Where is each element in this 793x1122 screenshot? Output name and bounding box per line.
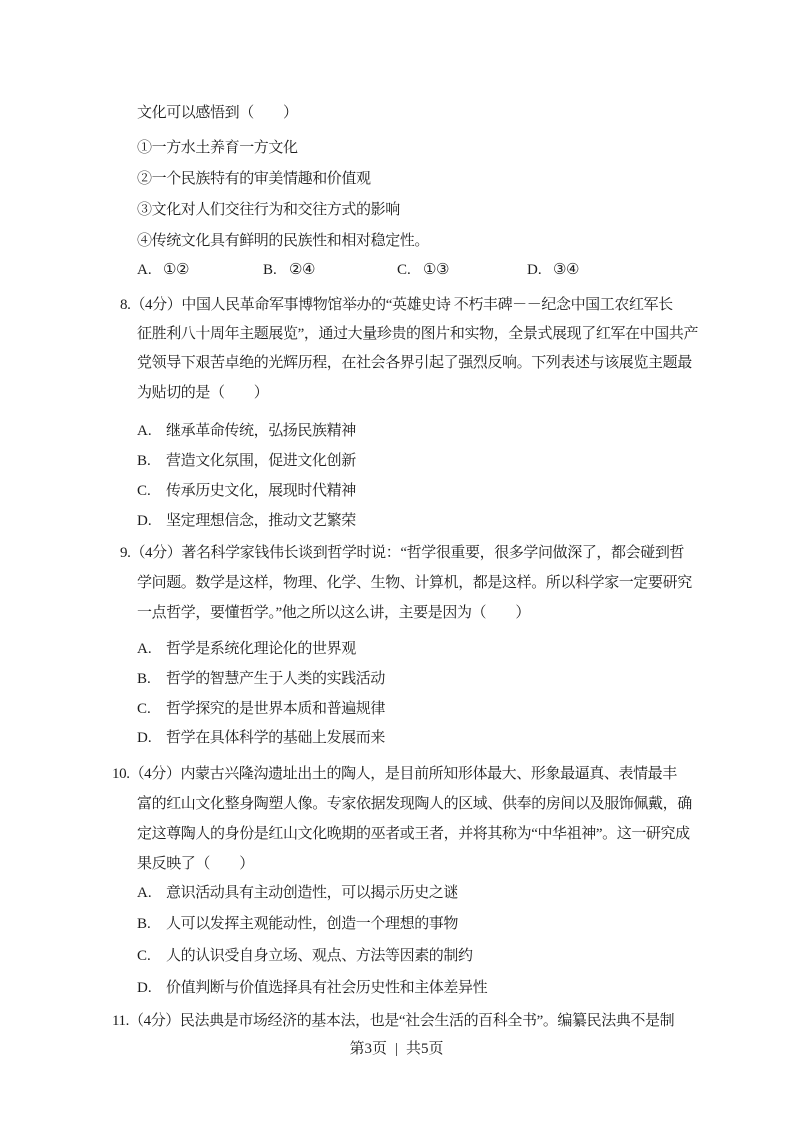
- q7-option-a-text: ①②: [163, 262, 189, 278]
- q8-stem-line-2: 征胜利八十周年主题展览”，通过大量珍贵的图片和实物，全景式展现了红军在中国共产: [137, 325, 698, 344]
- q7-option-d-label: D.: [527, 261, 553, 280]
- q8-option-a-label: A.: [137, 422, 166, 441]
- q7-option-a-label: A.: [137, 261, 163, 280]
- q9-stem-line-1: 9.（4分）著名科学家钱伟长谈到哲学时说：“哲学很重要，很多学问做深了，都会碰到…: [120, 544, 684, 563]
- q10-stem-line-1: 10.（4分）内蒙古兴隆沟遗址出土的陶人，是目前所知形体最大、形象最逼真、表情最…: [112, 765, 677, 784]
- q8-stem-line-4: 为贴切的是（ ）: [137, 384, 268, 403]
- q8-option-d-label: D.: [137, 512, 166, 531]
- q10-option-d-text: 价值判断与价值选择具有社会历史性和主体差异性: [166, 980, 487, 996]
- q7-option-c-label: C.: [397, 261, 423, 280]
- q10-option-b: B.人可以发挥主观能动性，创造一个理想的事物: [137, 915, 458, 934]
- q8-option-c: C.传承历史文化，展现时代精神: [137, 482, 356, 501]
- footer-page-number: 第3页: [345, 1041, 391, 1057]
- q7-item-3: ③文化对人们交往行为和交往方式的影响: [137, 201, 400, 220]
- q10-stem-text-1: 内蒙古兴隆沟遗址出土的陶人，是目前所知形体最大、形象最逼真、表情最丰: [180, 766, 676, 782]
- q11-stem-line-1: 11.（4分）民法典是市场经济的基本法，也是“社会生活的百科全书”。编纂民法典不…: [112, 1012, 674, 1031]
- q8-option-d-text: 坚定理想信念，推动文艺繁荣: [166, 513, 356, 529]
- q7-stem-tail: 文化可以感悟到（ ）: [137, 104, 298, 123]
- q11-number: 11.: [112, 1013, 129, 1029]
- q11-score: （4分）: [129, 1013, 180, 1029]
- q9-stem-text-1: 著名科学家钱伟长谈到哲学时说：“哲学很重要，很多学问做深了，都会碰到哲: [181, 545, 684, 561]
- q8-stem-line-3: 党领导下艰苦卓绝的光辉历程，在社会各界引起了强烈反响。下列表述与该展览主题最: [137, 354, 692, 373]
- q7-option-b-text: ②④: [289, 262, 315, 278]
- q8-option-b-label: B.: [137, 452, 166, 471]
- q10-option-c: C.人的认识受自身立场、观点、方法等因素的制约: [137, 947, 473, 966]
- page-footer: 第3页|共5页: [0, 1040, 793, 1059]
- q7-item-1: ①一方水土养育一方文化: [137, 139, 298, 158]
- q8-number: 8.: [120, 297, 130, 313]
- q9-option-a: A.哲学是系统化理论化的世界观: [137, 640, 356, 659]
- q8-option-c-label: C.: [137, 482, 166, 501]
- q10-option-b-text: 人可以发挥主观能动性，创造一个理想的事物: [166, 916, 458, 932]
- q10-option-c-text: 人的认识受自身立场、观点、方法等因素的制约: [166, 948, 473, 964]
- q10-stem-line-2: 富的红山文化整身陶塑人像。专家依据发现陶人的区域、供奉的房间以及服饰佩戴，确: [137, 795, 692, 814]
- q9-option-d: D.哲学在具体科学的基础上发展而来: [137, 729, 385, 748]
- q9-option-d-label: D.: [137, 729, 166, 748]
- q8-option-d: D.坚定理想信念，推动文艺繁荣: [137, 512, 356, 531]
- q7-item-2: ②一个民族特有的审美情趣和价值观: [137, 170, 371, 189]
- q10-stem-line-3: 定这尊陶人的身份是红山文化晚期的巫者或王者，并将其称为“中华祖神”。这一研究成: [137, 825, 690, 844]
- q8-option-a-text: 继承革命传统，弘扬民族精神: [166, 423, 356, 439]
- q8-stem-line-1: 8.（4分）中国人民革命军事博物馆举办的“英雄史诗 不朽丰碑－－纪念中国工农红军…: [120, 296, 673, 315]
- q10-option-a: A.意识活动具有主动创造性，可以揭示历史之谜: [137, 884, 458, 903]
- q9-option-c: C.哲学探究的是世界本质和普遍规律: [137, 700, 385, 719]
- q10-option-a-text: 意识活动具有主动创造性，可以揭示历史之谜: [166, 885, 458, 901]
- q9-stem-line-2: 学问题。数学是这样，物理、化学、生物、计算机，都是这样。所以科学家一定要研究: [137, 574, 692, 593]
- q10-option-d: D.价值判断与价值选择具有社会历史性和主体差异性: [137, 979, 487, 998]
- footer-separator: |: [391, 1041, 402, 1057]
- q10-option-a-label: A.: [137, 884, 166, 903]
- q8-score: （4分）: [130, 297, 181, 313]
- q10-option-b-label: B.: [137, 915, 166, 934]
- q8-stem-text-1: 中国人民革命军事博物馆举办的“英雄史诗 不朽丰碑－－纪念中国工农红军长: [181, 297, 672, 313]
- q10-stem-line-4: 果反映了（ ）: [137, 855, 254, 874]
- q7-option-d-text: ③④: [553, 262, 579, 278]
- q8-option-b-text: 营造文化氛围，促进文化创新: [166, 453, 356, 469]
- q9-score: （4分）: [130, 545, 181, 561]
- q7-option-b: B.②④: [263, 261, 315, 280]
- q9-option-b-label: B.: [137, 670, 166, 689]
- q9-option-c-label: C.: [137, 700, 166, 719]
- q10-score: （4分）: [130, 766, 181, 782]
- q9-number: 9.: [120, 545, 130, 561]
- q9-option-b-text: 哲学的智慧产生于人类的实践活动: [166, 671, 385, 687]
- q9-option-c-text: 哲学探究的是世界本质和普遍规律: [166, 701, 385, 717]
- q11-stem-text-1: 民法典是市场经济的基本法，也是“社会生活的百科全书”。编纂民法典不是制: [180, 1013, 674, 1029]
- q7-option-c-text: ①③: [423, 262, 449, 278]
- q7-item-4: ④传统文化具有鲜明的民族性和相对稳定性。: [137, 232, 429, 251]
- q7-option-d: D.③④: [527, 261, 579, 280]
- q9-option-d-text: 哲学在具体科学的基础上发展而来: [166, 730, 385, 746]
- q10-option-c-label: C.: [137, 947, 166, 966]
- q10-option-d-label: D.: [137, 979, 166, 998]
- q8-option-c-text: 传承历史文化，展现时代精神: [166, 483, 356, 499]
- q8-option-b: B.营造文化氛围，促进文化创新: [137, 452, 356, 471]
- q7-options-row: A.①② B.②④ C.①③ D.③④: [0, 261, 793, 281]
- document-page: 文化可以感悟到（ ） ①一方水土养育一方文化 ②一个民族特有的审美情趣和价值观 …: [0, 0, 793, 1122]
- q9-option-a-label: A.: [137, 640, 166, 659]
- q9-stem-line-3: 一点哲学，要懂哲学。”他之所以这么讲，主要是因为（ ）: [137, 604, 530, 623]
- q10-number: 10.: [112, 766, 130, 782]
- q9-option-a-text: 哲学是系统化理论化的世界观: [166, 641, 356, 657]
- q7-option-a: A.①②: [137, 261, 189, 280]
- q7-option-b-label: B.: [263, 261, 289, 280]
- q8-option-a: A.继承革命传统，弘扬民族精神: [137, 422, 356, 441]
- footer-total-pages: 共5页: [402, 1041, 448, 1057]
- q9-option-b: B.哲学的智慧产生于人类的实践活动: [137, 670, 385, 689]
- q7-option-c: C.①③: [397, 261, 449, 280]
